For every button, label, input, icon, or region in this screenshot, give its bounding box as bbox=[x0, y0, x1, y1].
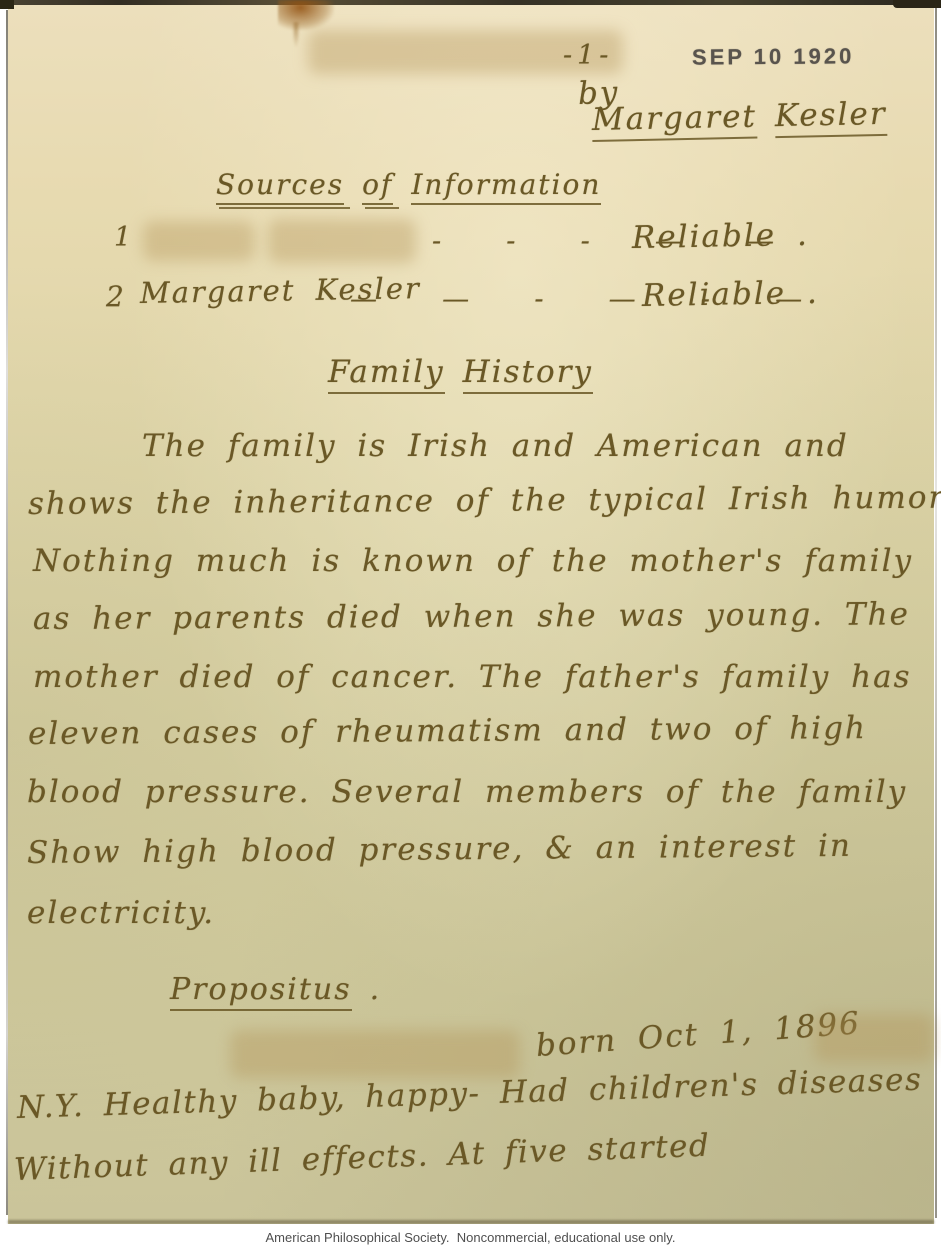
author-last-name: Kesler bbox=[775, 96, 887, 138]
scan-edge-right bbox=[935, 4, 937, 1218]
author-name: MargaretKesler bbox=[592, 95, 905, 142]
scanned-document: -1- SEP 10 1920 by MargaretKesler Source… bbox=[0, 0, 941, 1250]
redacted-propositus-place-blur bbox=[814, 1014, 934, 1062]
paper-stain bbox=[278, 0, 334, 30]
family-history-line-5: mother died of cancer. The father's fami… bbox=[33, 659, 912, 695]
family-history-line-2: shows the inheritance of the typical Iri… bbox=[28, 480, 941, 522]
sources-heading: SourcesofInformation bbox=[216, 168, 619, 205]
footer-credit: American Philosophical Society. Noncomme… bbox=[266, 1230, 676, 1245]
source-1-rating: Reliable . bbox=[632, 217, 809, 256]
family-history-line-9: electricity. bbox=[27, 895, 215, 931]
source-1-number: 1 bbox=[114, 222, 133, 253]
scan-corner-top-left bbox=[0, 0, 14, 9]
family-history-line-8: Show high blood pressure, & an interest … bbox=[27, 828, 852, 871]
scan-edge-left bbox=[6, 10, 8, 1215]
redacted-source-1-name-blur bbox=[143, 221, 255, 261]
propositus-heading: Propositus. bbox=[170, 972, 381, 1011]
redacted-source-1-name-blur-2 bbox=[268, 219, 416, 263]
family-history-line-1: The family is Irish and American and bbox=[142, 428, 849, 464]
source-2-rating: Reliable . bbox=[642, 275, 819, 314]
paper-stain-drip bbox=[292, 22, 300, 48]
redacted-propositus-name-blur bbox=[230, 1030, 520, 1078]
family-history-line-6: eleven cases of rheumatism and two of hi… bbox=[28, 710, 867, 752]
scan-corner-top-right bbox=[893, 0, 941, 8]
family-history-line-4: as her parents died when she was young. … bbox=[33, 596, 910, 637]
source-2-number: 2 bbox=[106, 280, 126, 313]
footer-strip: American Philosophical Society. Noncomme… bbox=[0, 1224, 941, 1250]
author-first-name: Margaret bbox=[592, 99, 758, 142]
scan-edge-top bbox=[10, 0, 931, 5]
page-number: -1- bbox=[563, 40, 613, 71]
date-stamp: SEP 10 1920 bbox=[692, 43, 854, 70]
family-history-heading: FamilyHistory bbox=[328, 354, 611, 394]
family-history-line-7: blood pressure. Several members of the f… bbox=[27, 774, 907, 810]
family-history-line-3: Nothing much is known of the mother's fa… bbox=[33, 543, 913, 579]
